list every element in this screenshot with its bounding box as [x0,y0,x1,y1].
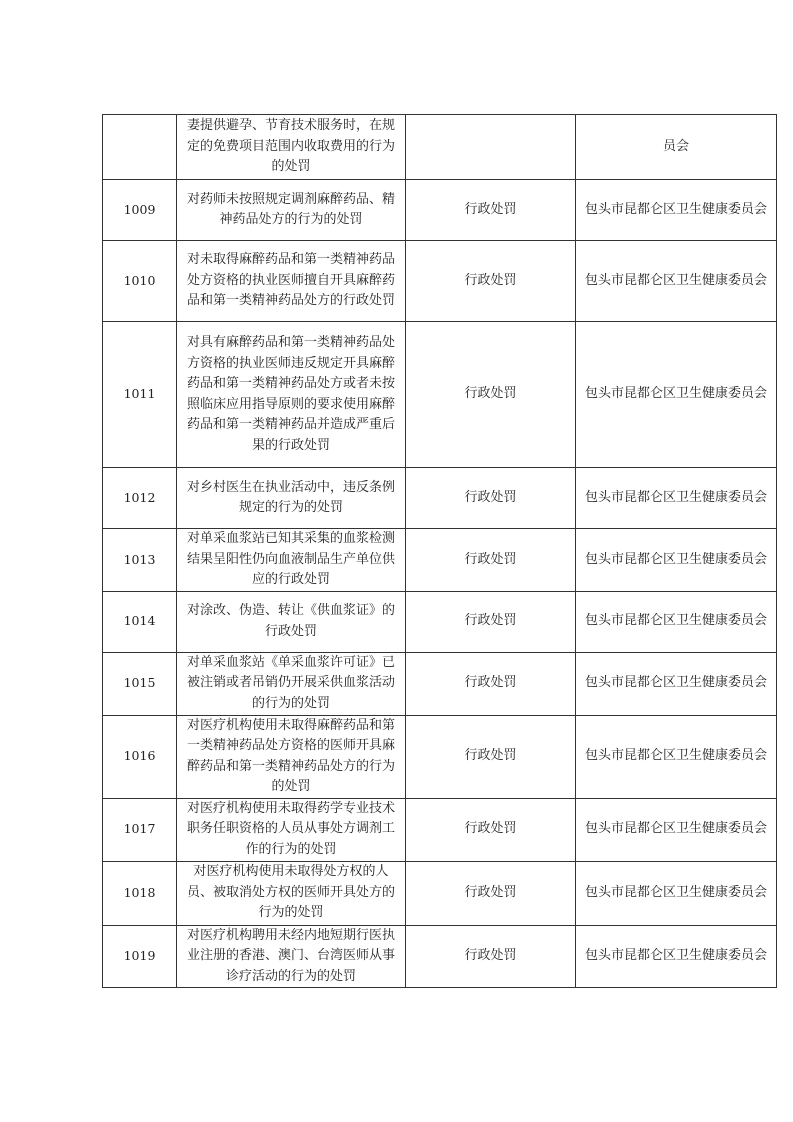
item-name-cell: 妻提供避孕、节育技术服务时，在规定的免费项目范围内收取费用的行为的处罚 [177,115,406,180]
table-row: 1014对涂改、伪造、转让《供血浆证》的行政处罚行政处罚包头市昆都仑区卫生健康委… [103,591,777,652]
department-cell: 包头市昆都仑区卫生健康委员会 [576,861,777,925]
power-type-cell: 行政处罚 [406,180,576,241]
table-row: 1013对单采血浆站已知其采集的血浆检测结果呈阳性仍向血液制品生产单位供应的行政… [103,529,777,592]
power-type-cell: 行政处罚 [406,241,576,322]
power-type-cell: 行政处罚 [406,861,576,925]
table-row: 1019对医疗机构聘用未经内地短期行医执业注册的香港、澳门、台湾医师从事诊疗活动… [103,925,777,988]
item-number-cell: 1016 [103,715,177,798]
table-row: 1011对具有麻醉药品和第一类精神药品处方资格的执业医师违反规定开具麻醉药品和第… [103,322,777,468]
item-number-cell: 1009 [103,180,177,241]
item-name-cell: 对医疗机构聘用未经内地短期行医执业注册的香港、澳门、台湾医师从事诊疗活动的行为的… [177,925,406,988]
item-name-cell: 对未取得麻醉药品和第一类精神药品处方资格的执业医师擅自开具麻醉药品和第一类精神药… [177,241,406,322]
department-cell: 包头市昆都仑区卫生健康委员会 [576,652,777,715]
item-name-cell: 对单采血浆站已知其采集的血浆检测结果呈阳性仍向血液制品生产单位供应的行政处罚 [177,529,406,592]
item-name-cell: 对涂改、伪造、转让《供血浆证》的行政处罚 [177,591,406,652]
department-cell: 包头市昆都仑区卫生健康委员会 [576,591,777,652]
power-list-table: 妻提供避孕、节育技术服务时，在规定的免费项目范围内收取费用的行为的处罚员会100… [102,114,777,988]
department-cell: 包头市昆都仑区卫生健康委员会 [576,468,777,529]
department-cell: 包头市昆都仑区卫生健康委员会 [576,798,777,861]
power-type-cell: 行政处罚 [406,591,576,652]
item-number-cell: 1013 [103,529,177,592]
power-type-cell: 行政处罚 [406,798,576,861]
department-cell: 包头市昆都仑区卫生健康委员会 [576,715,777,798]
department-cell: 包头市昆都仑区卫生健康委员会 [576,925,777,988]
department-cell: 包头市昆都仑区卫生健康委员会 [576,180,777,241]
item-name-cell: 对具有麻醉药品和第一类精神药品处方资格的执业医师违反规定开具麻醉药品和第一类精神… [177,322,406,468]
power-type-cell [406,115,576,180]
department-cell: 包头市昆都仑区卫生健康委员会 [576,322,777,468]
item-number-cell: 1018 [103,861,177,925]
power-type-cell: 行政处罚 [406,925,576,988]
item-number-cell: 1014 [103,591,177,652]
power-type-cell: 行政处罚 [406,715,576,798]
item-number-cell [103,115,177,180]
item-name-cell: 对医疗机构使用未取得处方权的人员、被取消处方权的医师开具处方的行为的处罚 [177,861,406,925]
table-row: 1018对医疗机构使用未取得处方权的人员、被取消处方权的医师开具处方的行为的处罚… [103,861,777,925]
item-name-cell: 对单采血浆站《单采血浆许可证》已被注销或者吊销仍开展采供血浆活动的行为的处罚 [177,652,406,715]
item-name-cell: 对医疗机构使用未取得麻醉药品和第一类精神药品处方资格的医师开具麻醉药品和第一类精… [177,715,406,798]
table-body: 妻提供避孕、节育技术服务时，在规定的免费项目范围内收取费用的行为的处罚员会100… [103,115,777,988]
item-number-cell: 1012 [103,468,177,529]
power-type-cell: 行政处罚 [406,468,576,529]
power-type-cell: 行政处罚 [406,652,576,715]
power-type-cell: 行政处罚 [406,529,576,592]
table-row: 1009对药师未按照规定调剂麻醉药品、精神药品处方的行为的处罚行政处罚包头市昆都… [103,180,777,241]
table-row: 1016对医疗机构使用未取得麻醉药品和第一类精神药品处方资格的医师开具麻醉药品和… [103,715,777,798]
table-row: 1010对未取得麻醉药品和第一类精神药品处方资格的执业医师擅自开具麻醉药品和第一… [103,241,777,322]
item-number-cell: 1015 [103,652,177,715]
item-name-cell: 对药师未按照规定调剂麻醉药品、精神药品处方的行为的处罚 [177,180,406,241]
department-cell: 员会 [576,115,777,180]
item-number-cell: 1019 [103,925,177,988]
table-row: 1017对医疗机构使用未取得药学专业技术职务任职资格的人员从事处方调剂工作的行为… [103,798,777,861]
department-cell: 包头市昆都仑区卫生健康委员会 [576,529,777,592]
table-row: 妻提供避孕、节育技术服务时，在规定的免费项目范围内收取费用的行为的处罚员会 [103,115,777,180]
item-number-cell: 1011 [103,322,177,468]
table-row: 1015对单采血浆站《单采血浆许可证》已被注销或者吊销仍开展采供血浆活动的行为的… [103,652,777,715]
item-name-cell: 对乡村医生在执业活动中，违反条例规定的行为的处罚 [177,468,406,529]
item-number-cell: 1017 [103,798,177,861]
table-row: 1012对乡村医生在执业活动中，违反条例规定的行为的处罚行政处罚包头市昆都仑区卫… [103,468,777,529]
item-name-cell: 对医疗机构使用未取得药学专业技术职务任职资格的人员从事处方调剂工作的行为的处罚 [177,798,406,861]
department-cell: 包头市昆都仑区卫生健康委员会 [576,241,777,322]
power-type-cell: 行政处罚 [406,322,576,468]
item-number-cell: 1010 [103,241,177,322]
